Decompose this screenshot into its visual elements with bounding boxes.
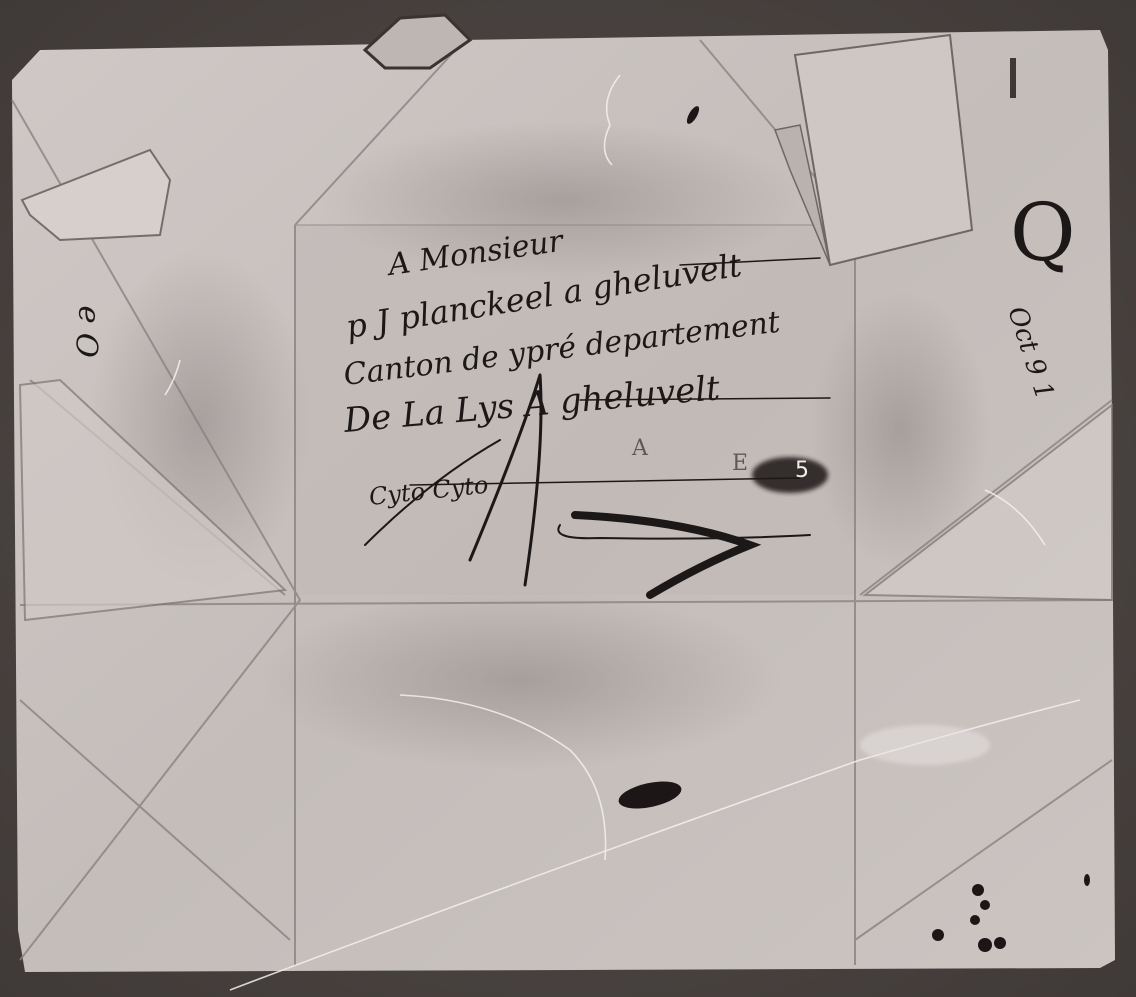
rate-marking: 5 <box>795 458 809 483</box>
postmark-letter-2: E <box>732 451 748 476</box>
postmark-letter: A <box>631 436 649 461</box>
side-letter: Q <box>1010 186 1076 279</box>
folded-letter: A Monsieur p J planckeel a gheluvelt Can… <box>0 0 1136 997</box>
side-annotation-left: e O <box>68 304 107 359</box>
